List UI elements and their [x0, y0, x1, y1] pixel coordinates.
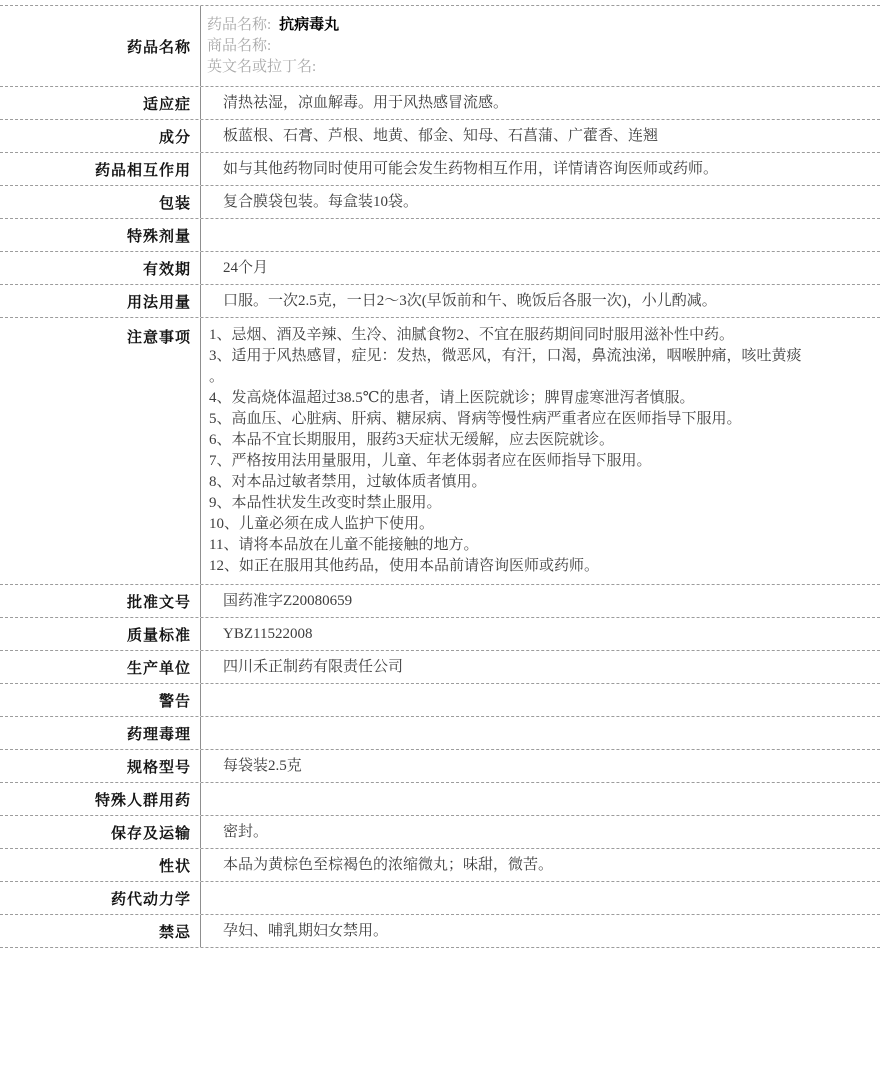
precaution-item: 1、忌烟、酒及辛辣、生冷、油腻食物2、不宜在服药期间同时服用滋补性中药。	[209, 325, 868, 346]
row-label: 特殊人群用药	[0, 783, 201, 815]
table-row-drug-interactions: 药品相互作用 如与其他药物同时使用可能会发生药物相互作用，详情请咨询医师或药师。	[0, 153, 880, 186]
row-value: YBZ11522008	[201, 618, 880, 650]
row-label: 规格型号	[0, 750, 201, 782]
drug-info-page: 药品名称 药品名称:抗病毒丸 商品名称: 英文名或拉丁名: 适应症 清热祛湿，凉…	[0, 0, 880, 1070]
row-value: 24个月	[201, 252, 880, 284]
row-value: 四川禾正制药有限责任公司	[201, 651, 880, 683]
row-label: 质量标准	[0, 618, 201, 650]
table-row-special-dosage: 特殊剂量	[0, 219, 880, 252]
row-value	[201, 882, 880, 914]
table-row-pharmacokinetics: 药代动力学	[0, 882, 880, 915]
row-value	[201, 684, 880, 716]
precaution-item: 8、对本品过敏者禁用，过敏体质者慎用。	[209, 472, 868, 493]
table-row-ingredients: 成分 板蓝根、石膏、芦根、地黄、郁金、知母、石菖蒲、广藿香、连翘	[0, 120, 880, 153]
row-label: 性状	[0, 849, 201, 881]
table-row-shelf-life: 有效期 24个月	[0, 252, 880, 285]
row-value	[201, 717, 880, 749]
row-label: 有效期	[0, 252, 201, 284]
row-label: 批准文号	[0, 585, 201, 617]
table-row-quality-standard: 质量标准 YBZ11522008	[0, 618, 880, 651]
row-label: 成分	[0, 120, 201, 152]
row-value: 复合膜袋包装。每盒装10袋。	[201, 186, 880, 218]
row-label: 药品名称	[0, 6, 201, 86]
table-row-packaging: 包装 复合膜袋包装。每盒装10袋。	[0, 186, 880, 219]
drug-name-fields: 药品名称:抗病毒丸 商品名称: 英文名或拉丁名:	[201, 6, 880, 86]
row-label: 特殊剂量	[0, 219, 201, 251]
field-line-trade-name: 商品名称:	[207, 36, 868, 57]
table-row-warning: 警告	[0, 684, 880, 717]
row-value: 本品为黄棕色至棕褐色的浓缩微丸；味甜，微苦。	[201, 849, 880, 881]
precaution-item: 12、如正在服用其他药品，使用本品前请咨询医师或药师。	[209, 556, 868, 577]
row-value: 板蓝根、石膏、芦根、地黄、郁金、知母、石菖蒲、广藿香、连翘	[201, 120, 880, 152]
row-label: 保存及运输	[0, 816, 201, 848]
field-value-drug-name: 抗病毒丸	[279, 17, 339, 33]
row-label: 包装	[0, 186, 201, 218]
row-label: 生产单位	[0, 651, 201, 683]
precaution-item: 5、高血压、心脏病、肝病、糖尿病、肾病等慢性病严重者应在医师指导下服用。	[209, 409, 868, 430]
precaution-item: 3、适用于风热感冒，症见：发热，微恶风，有汗，口渴，鼻流浊涕，咽喉肿痛，咳吐黄痰…	[209, 346, 868, 388]
row-label: 禁忌	[0, 915, 201, 947]
field-line-english-name: 英文名或拉丁名:	[207, 57, 868, 78]
table-row-specification: 规格型号 每袋装2.5克	[0, 750, 880, 783]
field-key-trade-name: 商品名称:	[207, 38, 271, 54]
row-label: 适应症	[0, 87, 201, 119]
row-label: 用法用量	[0, 285, 201, 317]
table-row-drug-name: 药品名称 药品名称:抗病毒丸 商品名称: 英文名或拉丁名:	[0, 6, 880, 87]
row-label: 药代动力学	[0, 882, 201, 914]
table-row-manufacturer: 生产单位 四川禾正制药有限责任公司	[0, 651, 880, 684]
row-label: 药品相互作用	[0, 153, 201, 185]
row-value: 每袋装2.5克	[201, 750, 880, 782]
precaution-item: 9、本品性状发生改变时禁止服用。	[209, 493, 868, 514]
table-row-properties: 性状 本品为黄棕色至棕褐色的浓缩微丸；味甜，微苦。	[0, 849, 880, 882]
table-row-pharmacology-toxicology: 药理毒理	[0, 717, 880, 750]
table-row-special-populations: 特殊人群用药	[0, 783, 880, 816]
row-value: 孕妇、哺乳期妇女禁用。	[201, 915, 880, 947]
drug-info-table: 药品名称 药品名称:抗病毒丸 商品名称: 英文名或拉丁名: 适应症 清热祛湿，凉…	[0, 5, 880, 948]
table-row-precautions: 注意事项 1、忌烟、酒及辛辣、生冷、油腻食物2、不宜在服药期间同时服用滋补性中药…	[0, 318, 880, 585]
precaution-item: 11、请将本品放在儿童不能接触的地方。	[209, 535, 868, 556]
row-label: 注意事项	[0, 318, 201, 584]
table-row-dosage-usage: 用法用量 口服。一次2.5克，一日2～3次(早饭前和午、晚饭后各服一次)，小儿酌…	[0, 285, 880, 318]
table-row-approval-number: 批准文号 国药准字Z20080659	[0, 585, 880, 618]
precaution-item: 10、儿童必须在成人监护下使用。	[209, 514, 868, 535]
row-label: 警告	[0, 684, 201, 716]
table-row-indications: 适应症 清热祛湿，凉血解毒。用于风热感冒流感。	[0, 87, 880, 120]
row-value: 如与其他药物同时使用可能会发生药物相互作用，详情请咨询医师或药师。	[201, 153, 880, 185]
precaution-item: 4、发高烧体温超过38.5℃的患者，请上医院就诊；脾胃虚寒泄泻者慎服。	[209, 388, 868, 409]
row-value: 口服。一次2.5克，一日2～3次(早饭前和午、晚饭后各服一次)，小儿酌减。	[201, 285, 880, 317]
row-value: 清热祛湿，凉血解毒。用于风热感冒流感。	[201, 87, 880, 119]
row-value: 国药准字Z20080659	[201, 585, 880, 617]
table-row-storage-transport: 保存及运输 密封。	[0, 816, 880, 849]
field-line-drug-name: 药品名称:抗病毒丸	[207, 15, 868, 36]
table-row-contraindications: 禁忌 孕妇、哺乳期妇女禁用。	[0, 915, 880, 948]
row-value	[201, 219, 880, 251]
row-value: 密封。	[201, 816, 880, 848]
row-label: 药理毒理	[0, 717, 201, 749]
precaution-item: 6、本品不宜长期服用，服药3天症状无缓解，应去医院就诊。	[209, 430, 868, 451]
precautions-list: 1、忌烟、酒及辛辣、生冷、油腻食物2、不宜在服药期间同时服用滋补性中药。 3、适…	[201, 318, 880, 584]
field-key-drug-name: 药品名称:	[207, 17, 271, 33]
row-value	[201, 783, 880, 815]
precaution-item: 7、严格按用法用量服用，儿童、年老体弱者应在医师指导下服用。	[209, 451, 868, 472]
field-key-english-name: 英文名或拉丁名:	[207, 59, 316, 75]
